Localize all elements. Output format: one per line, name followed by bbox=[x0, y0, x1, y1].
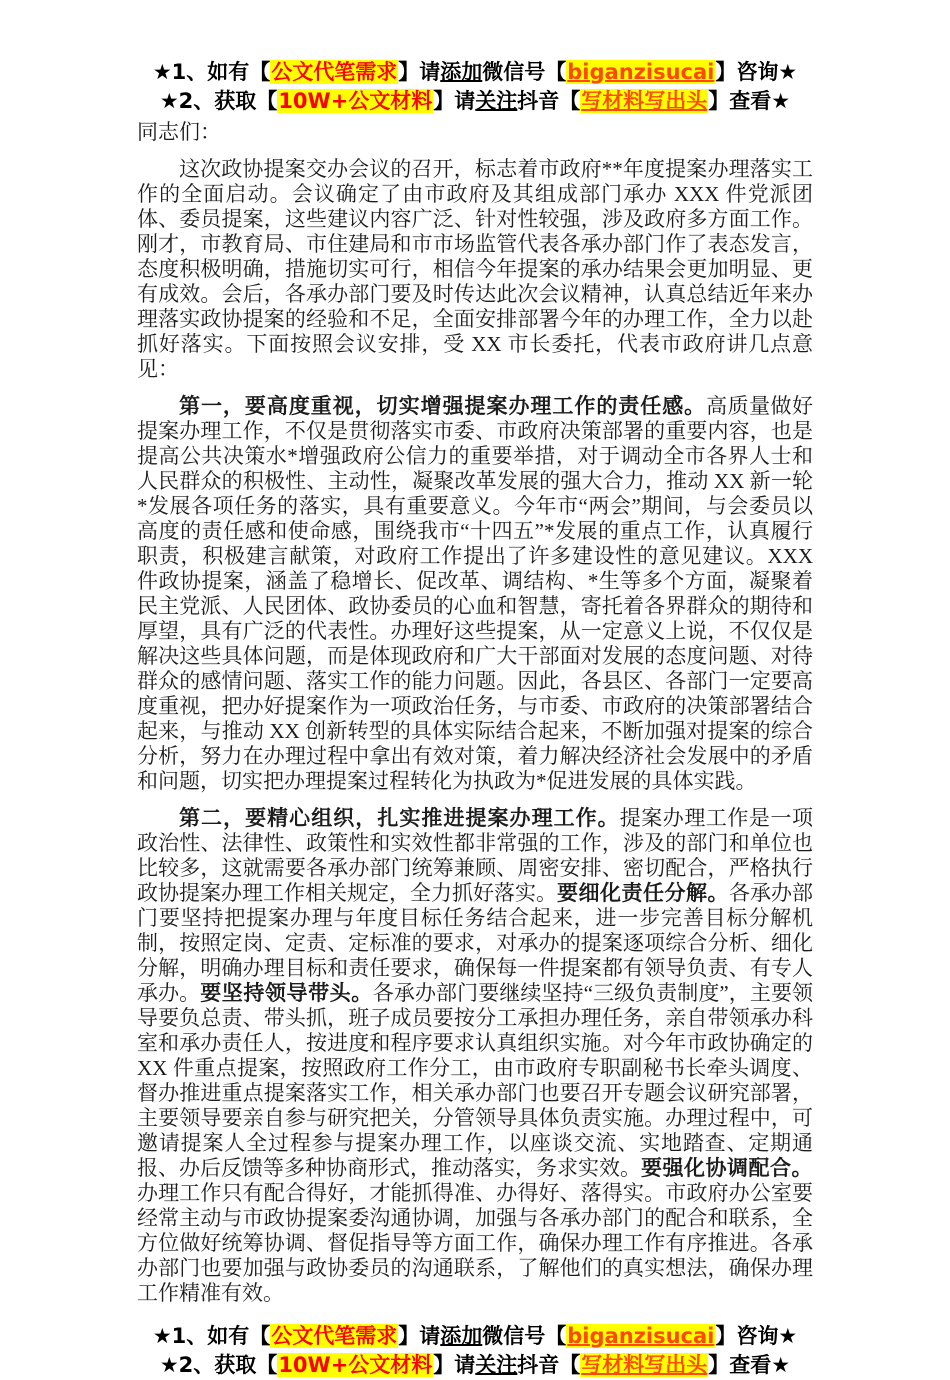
promo-line1-mid2: 微信号【 bbox=[482, 60, 566, 84]
promo-bottom-line1-mid1: 】请 bbox=[398, 1324, 440, 1348]
section2-sublead-coordination: 要强化协调配合。 bbox=[641, 1156, 813, 1180]
section2-sublead-responsibility: 要细化责任分解。 bbox=[557, 881, 729, 905]
promo-line1-suffix: 】咨询★ bbox=[715, 60, 797, 84]
document-page: ★1、如有【公文代笔需求】请添加微信号【biganzisucai】咨询★ ★2、… bbox=[0, 0, 950, 1380]
opening-paragraph: 这次政协提案交办会议的召开，标志着市政府**年度提案办理落实工作的全面启动。会议… bbox=[137, 157, 813, 382]
promo-line2-douyin-name: 写材料写出头 bbox=[580, 89, 708, 113]
promo-bottom-line2-prefix: ★2、获取【 bbox=[160, 1353, 277, 1377]
promo-banner-bottom: ★1、如有【公文代笔需求】请添加微信号【biganzisucai】咨询★ ★2、… bbox=[137, 1322, 813, 1380]
promo-line1-mid1: 】请 bbox=[398, 60, 440, 84]
opening-text: 这次政协提案交办会议的召开，标志着市政府**年度提案办理落实工作的全面启动。会议… bbox=[137, 157, 813, 381]
promo-bottom-line1-highlight-service: 公文代笔需求 bbox=[270, 1324, 398, 1348]
promo-bottom-line2-mid2: 抖音【 bbox=[517, 1353, 580, 1377]
promo-line2-highlight-materials: 10W+公文材料 bbox=[277, 89, 433, 113]
promo-line2-mid2: 抖音【 bbox=[517, 89, 580, 113]
promo-line2-underline-follow: 关注 bbox=[475, 89, 517, 113]
promo-bottom-line1-prefix: ★1、如有【 bbox=[153, 1324, 270, 1348]
section1-lead: 第一，要高度重视，切实增强提案办理工作的责任感。 bbox=[179, 394, 706, 418]
promo-line1-underline-add: 添加 bbox=[440, 60, 482, 84]
speech-body: 同志们： 这次政协提案交办会议的召开，标志着市政府**年度提案办理落实工作的全面… bbox=[137, 120, 813, 1306]
salutation: 同志们： bbox=[137, 120, 813, 145]
document-column: ★1、如有【公文代笔需求】请添加微信号【biganzisucai】咨询★ ★2、… bbox=[137, 58, 813, 1380]
promo-bottom-line2-highlight-materials: 10W+公文材料 bbox=[277, 1353, 433, 1377]
promo-line2-prefix: ★2、获取【 bbox=[160, 89, 277, 113]
section2-sublead-leadership: 要坚持领导带头。 bbox=[200, 981, 373, 1005]
promo-line1-prefix: ★1、如有【 bbox=[153, 60, 270, 84]
promo-bottom-line1-mid2: 微信号【 bbox=[482, 1324, 566, 1348]
section1-paragraph: 第一，要高度重视，切实增强提案办理工作的责任感。高质量做好提案办理工作，不仅是贯… bbox=[137, 394, 813, 794]
section2-lead: 第二，要精心组织，扎实推进提案办理工作。 bbox=[179, 806, 620, 830]
promo-bottom-line2-douyin-name: 写材料写出头 bbox=[580, 1353, 708, 1377]
promo-line2-suffix: 】查看★ bbox=[708, 89, 790, 113]
promo-banner-top: ★1、如有【公文代笔需求】请添加微信号【biganzisucai】咨询★ ★2、… bbox=[137, 58, 813, 116]
section2-text-4: 办理工作只有配合得好，才能抓得准、办得好、落得实。市政府办公室要经常主动与市政协… bbox=[137, 1181, 813, 1305]
promo-bottom-line2-mid1: 】请 bbox=[433, 1353, 475, 1377]
promo-line-1: ★1、如有【公文代笔需求】请添加微信号【biganzisucai】咨询★ bbox=[137, 58, 813, 87]
promo-bottom-line1-wechat-id: biganzisucai bbox=[566, 1324, 715, 1348]
promo-line-2: ★2、获取【10W+公文材料】请关注抖音【写材料写出头】查看★ bbox=[137, 87, 813, 116]
promo-line1-highlight-service: 公文代笔需求 bbox=[270, 60, 398, 84]
promo-line1-wechat-id: biganzisucai bbox=[566, 60, 715, 84]
promo-bottom-line2-suffix: 】查看★ bbox=[708, 1353, 790, 1377]
section2-text-3: 各承办部门要继续坚持“三级负责制度”，主要领导要负总责、带头抓，班子成员要按分工… bbox=[137, 981, 813, 1180]
section1-body: 高质量做好提案办理工作，不仅是贯彻落实市委、市政府决策部署的重要内容，也是提高公… bbox=[137, 394, 813, 793]
promo-bottom-line-2: ★2、获取【10W+公文材料】请关注抖音【写材料写出头】查看★ bbox=[137, 1351, 813, 1380]
section2-paragraph: 第二，要精心组织，扎实推进提案办理工作。提案办理工作是一项政治性、法律性、政策性… bbox=[137, 806, 813, 1306]
promo-line2-mid1: 】请 bbox=[433, 89, 475, 113]
promo-bottom-line-1: ★1、如有【公文代笔需求】请添加微信号【biganzisucai】咨询★ bbox=[137, 1322, 813, 1351]
promo-bottom-line2-underline-follow: 关注 bbox=[475, 1353, 517, 1377]
promo-bottom-line1-suffix: 】咨询★ bbox=[715, 1324, 797, 1348]
promo-bottom-line1-underline-add: 添加 bbox=[440, 1324, 482, 1348]
